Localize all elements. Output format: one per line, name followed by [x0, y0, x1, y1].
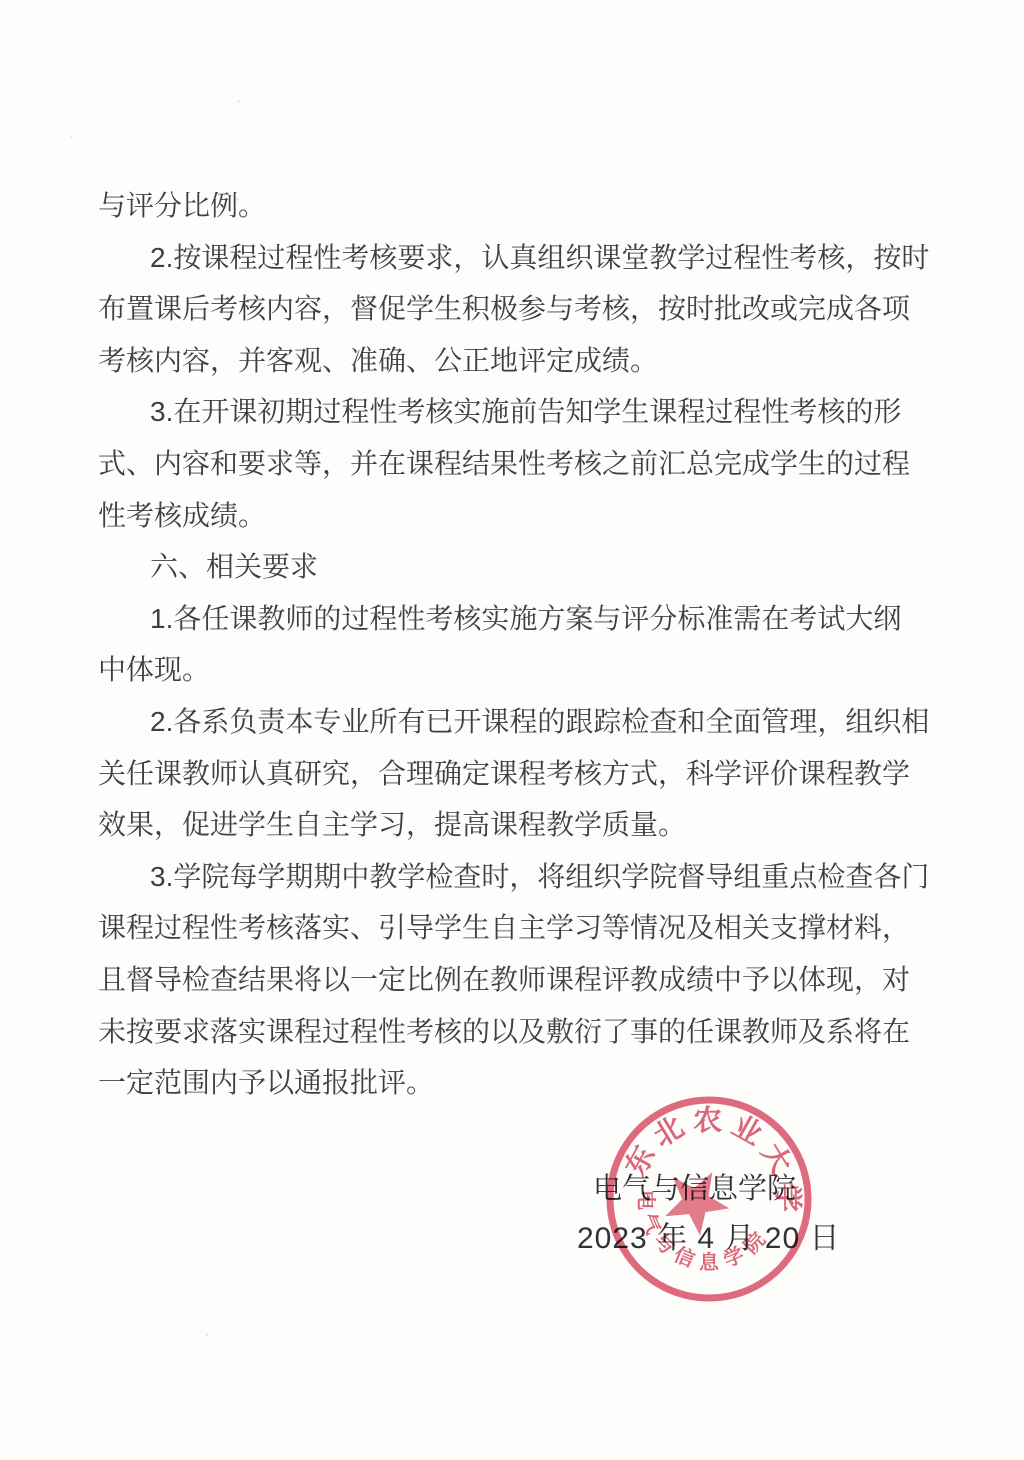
document-line: 效果，促进学生自主学习，提高课程教学质量。 — [98, 799, 938, 851]
svg-text:息: 息 — [699, 1250, 720, 1274]
document-line: 关任课教师认真研究，合理确定课程考核方式，科学评价课程教学 — [98, 748, 938, 800]
document-line: 考核内容，并客观、准确、公正地评定成绩。 — [98, 335, 938, 387]
scan-speck — [236, 198, 239, 201]
document-line: 布置课后考核内容，督促学生积极参与考核，按时批改或完成各项 — [98, 283, 938, 335]
document-section-heading: 六、相关要求 — [98, 541, 938, 593]
document-line: 且督导检查结果将以一定比例在教师课程评教成绩中予以体现，对 — [98, 954, 938, 1006]
document-body: 与评分比例。 2.按课程过程性考核要求，认真组织课堂教学过程性考核，按时 布置课… — [98, 180, 938, 1109]
official-seal: 东 北 农 业 大 学 电 气 与 信 息 学 院 — [599, 1089, 819, 1309]
document-line: 1.各任课教师的过程性考核实施方案与评分标准需在考试大纲 — [98, 593, 938, 645]
document-line: 2.按课程过程性考核要求，认真组织课堂教学过程性考核，按时 — [98, 232, 938, 284]
document-line: 中体现。 — [98, 644, 938, 696]
document-line: 性考核成绩。 — [98, 490, 938, 542]
scanned-document-page: 与评分比例。 2.按课程过程性考核要求，认真组织课堂教学过程性考核，按时 布置课… — [0, 0, 1024, 1460]
scan-speck — [70, 136, 73, 138]
svg-text:电: 电 — [634, 1190, 658, 1210]
seal-star-icon — [654, 1157, 740, 1242]
document-line: 2.各系负责本专业所有已开课程的跟踪检查和全面管理，组织相 — [98, 696, 938, 748]
document-line: 3.在开课初期过程性考核实施前告知学生课程过程性考核的形 — [98, 386, 938, 438]
svg-text:学: 学 — [771, 1183, 805, 1213]
document-line: 未按要求落实课程过程性考核的以及敷衍了事的任课教师及系将在 — [98, 1006, 938, 1058]
scan-speck — [205, 1333, 208, 1336]
scan-speck — [237, 100, 240, 103]
document-line: 3.学院每学期期中教学检查时，将组织学院督导组重点检查各门 — [98, 851, 938, 903]
svg-text:农: 农 — [693, 1104, 723, 1138]
svg-text:院: 院 — [739, 1227, 770, 1258]
document-line: 课程过程性考核落实、引导学生自主学习等情况及相关支撑材料， — [98, 902, 938, 954]
document-line: 式、内容和要求等，并在课程结果性考核之前汇总完成学生的过程 — [98, 438, 938, 490]
document-line: 与评分比例。 — [98, 180, 938, 232]
